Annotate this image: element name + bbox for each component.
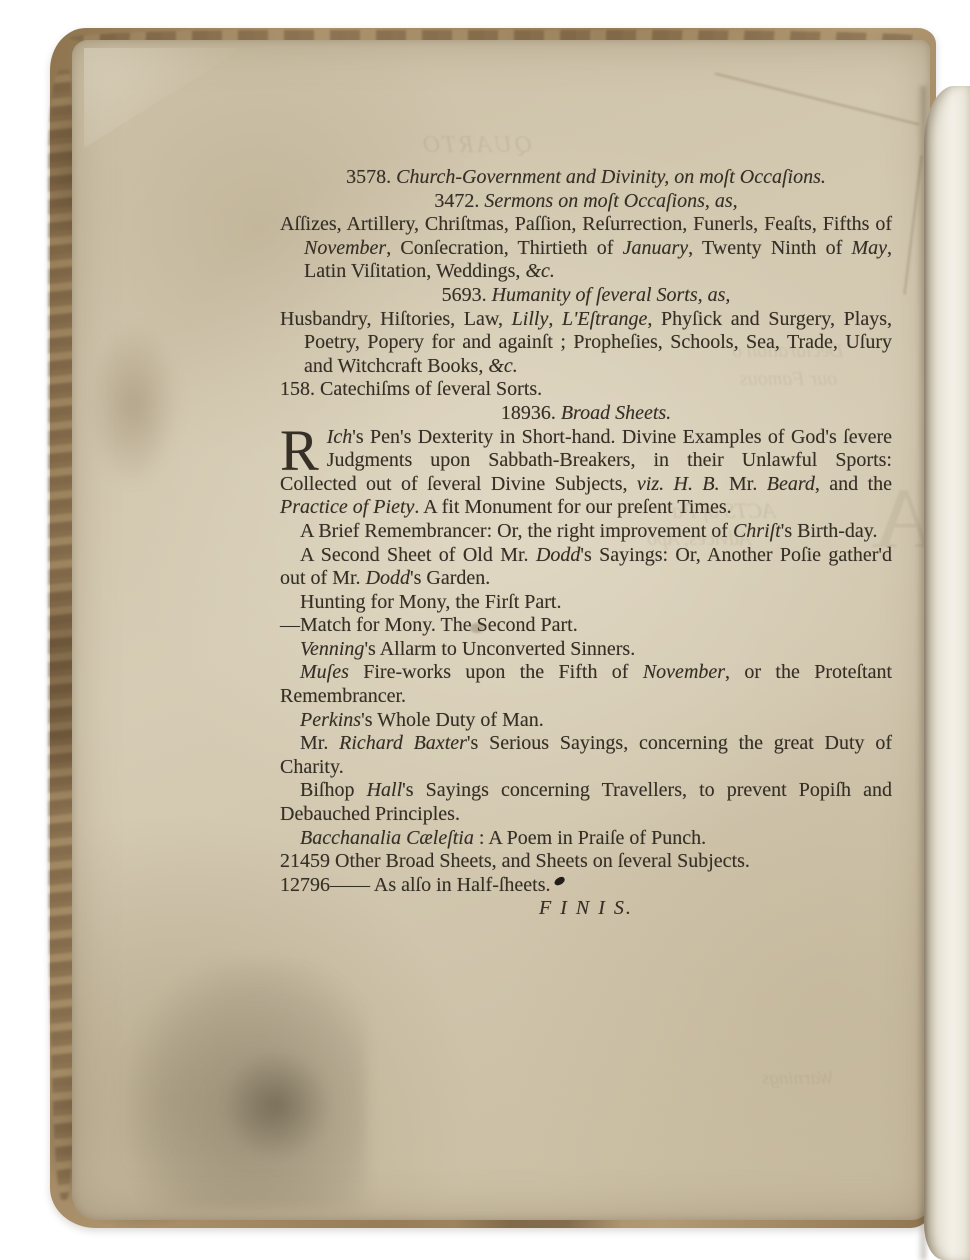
entry-baxter-sayings: Mr. Richard Baxter's Serious Sayings, co…: [280, 732, 892, 779]
paragraph-rich-pens-dexterity: RIch's Pen's Dexterity in Short-hand. Di…: [280, 426, 892, 520]
showthrough-line: Warnings: [762, 1068, 834, 1090]
paragraph-text: Ich's Pen's Dexterity in Short-hand. Div…: [280, 426, 892, 519]
entry-perkins-whole-duty: Perkins's Whole Duty of Man.: [280, 709, 892, 733]
paragraph-sermon-occasions: Aſſizes, Artillery, Chriſtmas, Paſſion, …: [280, 213, 892, 284]
paper-crease: [715, 73, 919, 126]
line-other-broad-sheets: 21459 Other Broad Sheets, and Sheets on …: [280, 850, 892, 874]
corner-fold: [84, 48, 244, 148]
showthrough-line: QUARTO: [420, 132, 532, 159]
book-page: QUARTO A ACTS of Pa Advices, Apo Declara…: [72, 40, 930, 1220]
book-photo: QUARTO A ACTS of Pa Advices, Apo Declara…: [0, 0, 970, 1260]
line-half-sheets: 12796—— As alſo in Half-ſheets.: [280, 874, 892, 898]
heading-humanity: 5693. Humanity of ſeveral Sorts, as,: [280, 284, 892, 308]
paper-stain: [88, 325, 178, 485]
heading-sermons: 3472. Sermons on moſt Occaſions, as,: [280, 190, 892, 214]
paragraph-humanity-sorts: Husbandry, Hiſtories, Law, Lilly, L'Eſtr…: [280, 308, 892, 379]
entry-vennings-allarm: Venning's Allarm to Unconverted Sinners.: [280, 638, 892, 662]
entry-match-for-mony: —Match for Mony. The Second Part.: [280, 614, 892, 638]
entry-muses-fireworks: Muſes Fire-works upon the Fifth of Novem…: [280, 661, 892, 708]
entry-bacchanalia-caelestia: Bacchanalia Cæleſtia : A Poem in Praiſe …: [280, 827, 892, 851]
line-catechisms: 158. Catechiſms of ſeveral Sorts.: [280, 378, 892, 402]
heading-broad-sheets: 18936. Broad Sheets.: [280, 402, 892, 426]
line-text: 12796—— As alſo in Half-ſheets.: [280, 874, 551, 896]
ink-blot: [553, 875, 566, 886]
entry-brief-remembrancer: A Brief Remembrancer: Or, the right impr…: [280, 520, 892, 544]
entry-hunting-for-mony: Hunting for Mony, the Firſt Part.: [280, 591, 892, 615]
entry-dodds-sayings: A Second Sheet of Old Mr. Dodd's Sayings…: [280, 544, 892, 591]
paper-stain: [222, 1050, 332, 1160]
entry-bishop-hall-sayings: Biſhop Hall's Sayings concerning Travell…: [280, 779, 892, 826]
heading-church-government: 3578. Church-Government and Divinity, on…: [280, 166, 892, 190]
finis-line: F I N I S.: [280, 897, 892, 921]
drop-cap: R: [280, 429, 319, 473]
printed-text-column: 3578. Church-Government and Divinity, on…: [280, 166, 892, 921]
fore-edge-pages: [924, 86, 970, 1260]
